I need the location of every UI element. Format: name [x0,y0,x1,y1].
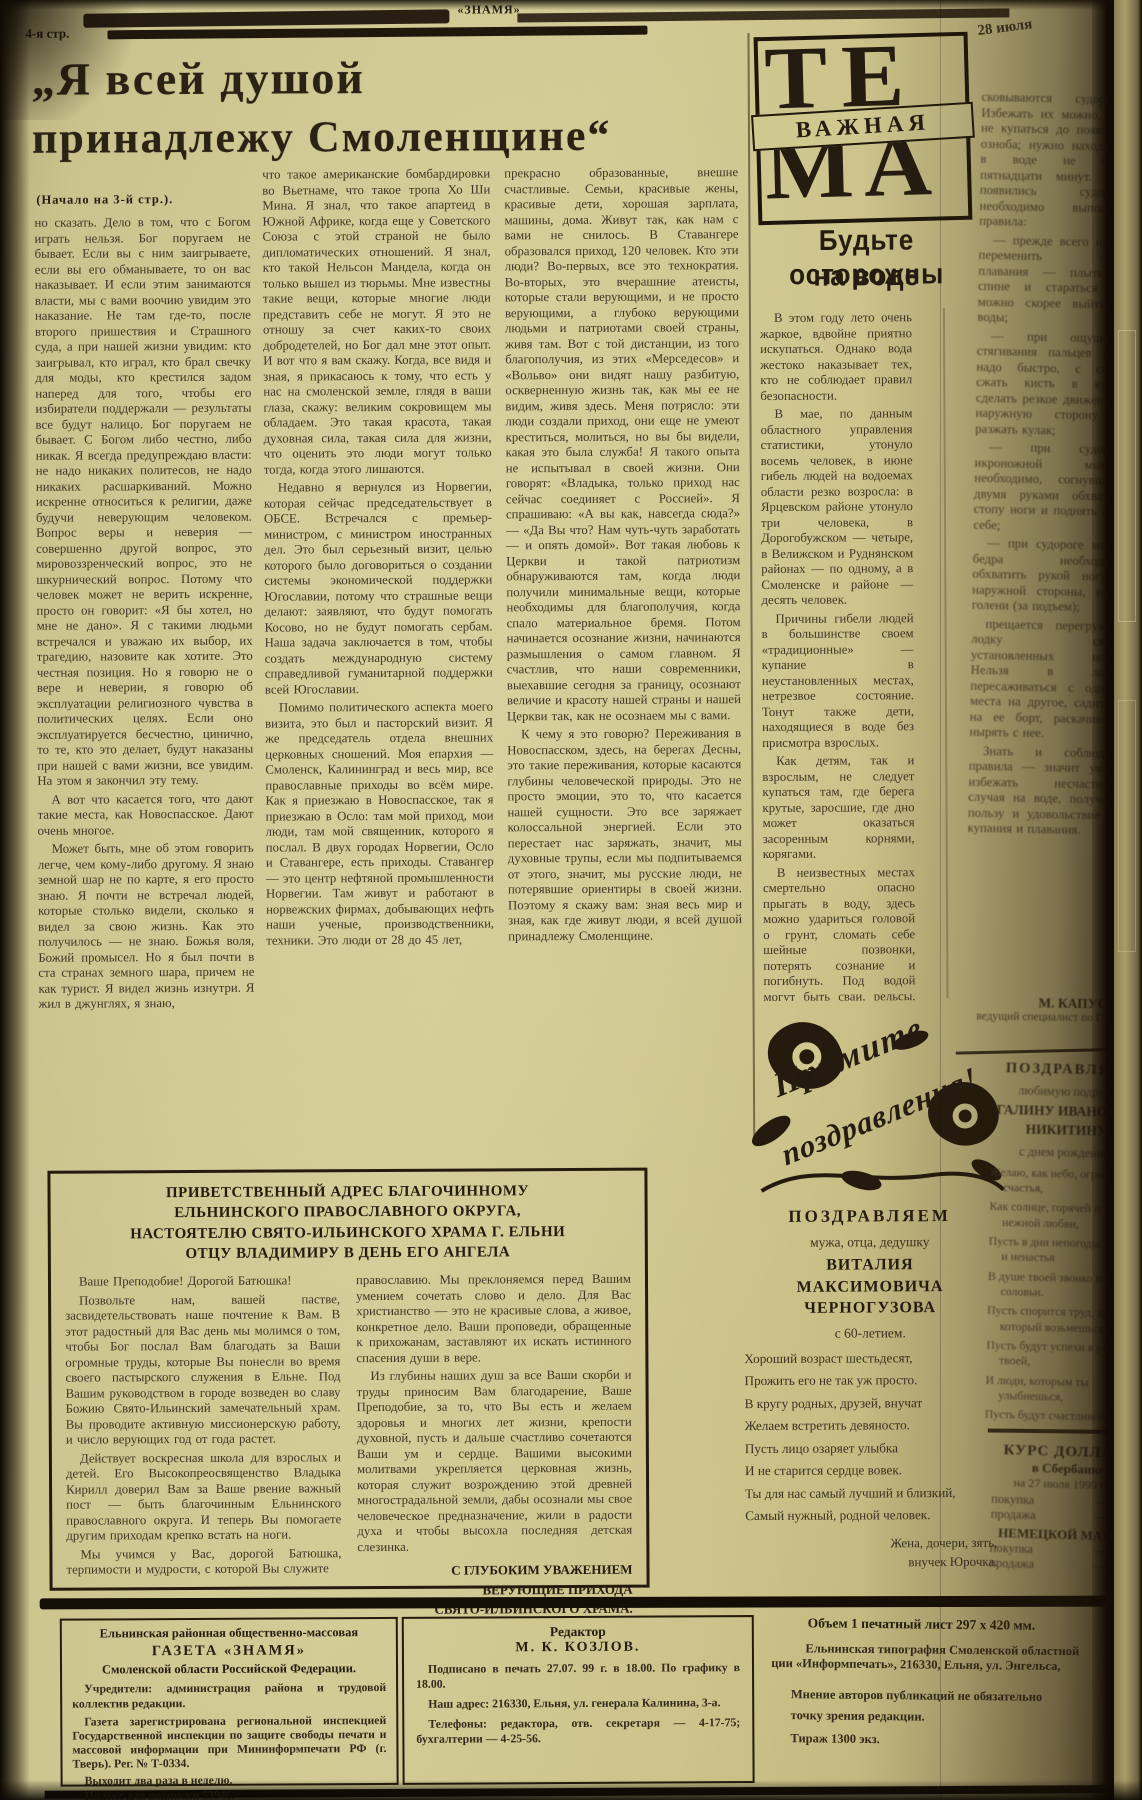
editor-title: Редактор [416,1623,740,1641]
paragraph: В мае, по данным областного управления с… [760,406,913,608]
paragraph: Мы учимся у Вас, дорогой Батюшка, терпим… [66,1546,341,1578]
paragraph: — при ощущении стягивания пальцев руки н… [975,328,1129,439]
rate-label: продажа [990,1507,1035,1523]
paragraph: К чему я это говорю? Переживания в Новос… [507,726,742,944]
paragraph: Может быть, мне об этом говорить легче, … [38,841,255,1013]
poem-line: И не старится сердце вовек. [745,1461,997,1481]
name-line: ГАЛИНУ ИВАНОВНУ [991,1101,1141,1123]
poem-line: Пусть спорится труд, за который возьмешь… [987,1303,1138,1337]
from-line: Жена, дочери, зять, [745,1532,997,1553]
footer-printhouse-line2: ции «Информпечать», 216330, Ельня, ул. Э… [771,1656,1142,1675]
poem-line: Самый нужный, родной человек. [745,1506,997,1526]
column-rule-main [747,33,755,1141]
paragraph: Действует воскресная школа для взрослых … [66,1450,341,1544]
rate-row: продажа— 13-15. [989,1556,1141,1576]
poem-line: Пусть лицо озаряет улыбка [745,1438,997,1458]
poem-line: Хороший возраст шестьдесят, [744,1349,996,1369]
poem-line: В душе твоей звонко поют соловьи. [987,1268,1138,1302]
poem-line: Как солнце, горячей и нежной любви, [989,1199,1140,1233]
closing-line: ВЕРУЮЩИЕ ПРИХОДА [358,1579,633,1600]
congrat1-dedication: мужа, отца, дедушку [744,1234,996,1251]
masthead-name: «ЗНАМЯ» [457,2,520,17]
name-line: НИКИТИНУ [991,1120,1141,1142]
paragraph: сковываются судорогой. Избежать их можно… [979,90,1134,232]
water-fold-column: сковываются судорогой. Избежать их можно… [964,90,1133,995]
congrat1-from: Жена, дочери, зять,внучек Юрочка. [745,1532,997,1572]
poem-line: В кругу родных, друзей, внучат [745,1394,997,1414]
poem-line: И люди, которым ты улыбнешься, [985,1372,1136,1406]
closing-line: С ГЛУБОКИМ УВАЖЕНИЕМ [357,1560,632,1581]
greeting-column-b-text: православию. Мы преклоняемся перед Вашим… [356,1272,632,1555]
exchange-rates-block: КУРС ДОЛЛАРА в Сбербанке на 27 июля 1999… [988,1442,1142,1598]
rate-row: продажа— 24-90. [990,1507,1142,1527]
poem-line: Пусть будут успехи в работе твоей, [986,1338,1137,1372]
paragraph: Ваше Преподобие! Дорогой Батюшка! [65,1273,340,1290]
greeting-closing: С ГЛУБОКИМ УВАЖЕНИЕМВЕРУЮЩИЕ ПРИХОДАСВЯТ… [357,1560,632,1620]
interview-headline-line2: принадлежу Смоленщине“ [32,109,712,164]
footer-volume: Объем 1 печатный лист 297 х 420 мм. [772,1615,1142,1635]
imprint-founders: Учредители: администрация района и трудо… [72,1680,386,1712]
imprint-paper-name: ГАЗЕТА «ЗНАМЯ» [72,1642,386,1661]
name-line: МАКСИМОВИЧА [744,1275,996,1298]
poem-line: Желаю, как небо, огромного счастья, [990,1165,1141,1199]
page-number-label: 4-я стр. [25,26,69,42]
fold-divider-rule-2 [988,1428,1142,1434]
paragraph: — при судороге мышц бедра необходимо обх… [972,536,1125,616]
greeting-column-a: Ваше Преподобие! Дорогой Батюшка!Позволь… [65,1273,342,1621]
water-column: В этом году лето очень жаркое, вдвойне п… [760,310,916,1001]
footer-imprint-box: Ельнинская районная общественно-массовая… [60,1617,399,1787]
paragraph: православию. Мы преклоняемся перед Вашим… [356,1272,631,1366]
interview-column-2: что такое американские бомбардировки во … [262,166,495,1152]
rate-value: — 13-15. [1093,1559,1141,1575]
congrat2-name: ГАЛИНУ ИВАНОВНУНИКИТИНУ [991,1101,1142,1142]
imprint-index: Индекс для подписки 53946. [73,1787,387,1800]
congrat1-name: ВИТАЛИЯМАКСИМОВИЧАЧЕРНОГУЗОВА [744,1254,996,1320]
footer-opinion-line2: точку зрения редакции. [771,1708,1142,1727]
congrat2-title: ПОЗДРАВЛЯЮ [992,1060,1142,1080]
poem-line: Ты для нас самый лучший и близкий, [745,1483,997,1503]
newspaper-page: «ЗНАМЯ» 4-я стр. 28 июля „Я всей душой п… [0,0,1142,1800]
paragraph: прещается перегружать лодку сверх устано… [969,616,1123,743]
footer-editor-box: Редактор М. К. КОЗЛОВ. Подписано в печат… [402,1615,755,1785]
poem-line: Пусть будут счастливейшими из дней. [985,1407,1135,1425]
top-edge-smear-left [83,9,449,27]
paragraph: что такое американские бомбардировки во … [262,166,492,477]
paragraph: — прежде всего нужно переменить стиль пл… [977,232,1131,328]
paragraph: прекрасно образованные, внешне счастливы… [504,165,741,724]
rate-value: — 24-90. [1095,1510,1142,1526]
from-line: внучек Юрочка. [745,1552,997,1573]
imprint-line1: Ельнинская районная общественно-массовая [72,1625,386,1642]
paragraph: Знать и соблюдать правила — значит уметь… [967,743,1121,839]
issue-date-fragment: 28 июля [977,16,1034,40]
congrat2-occasion: с днем рождения. [991,1144,1141,1162]
usd-rate-date: на 27 июля 1999 года [991,1475,1142,1495]
water-headline-line2: на воде [742,258,992,293]
rate-label: покупка [989,1541,1033,1557]
paragraph: но сказать. Дело в том, что с Богом игра… [34,215,253,790]
name-line: ЧЕРНОГУЗОВА [744,1297,996,1320]
rate-label: покупка [991,1492,1035,1508]
greeting-body: Ваше Преподобие! Дорогой Батюшка!Позволь… [65,1272,633,1621]
usd-rate-rows: покупка— 24-00,продажа— 24-90. [990,1492,1142,1526]
interview-headline-line1: „Я всей душой [32,49,692,107]
rate-label: продажа [989,1556,1034,1572]
editor-name: М. К. КОЗЛОВ. [416,1639,740,1657]
poem-line: Желаем встретить девяносто. [745,1416,997,1436]
heading-line: ОТЦУ ВЛАДИМИРУ В ДЕНЬ ЕГО АНГЕЛА [65,1241,631,1264]
footer-right-section: Объем 1 печатный лист 297 х 420 мм. Ельн… [770,1615,1142,1750]
newspaper-scan-photo: «ЗНАМЯ» 4-я стр. 28 июля „Я всей душой п… [0,0,1142,1800]
paragraph: Недавно я вернулся из Норвегии, которая … [264,479,493,697]
congratulations-ornament: Примите поздравления! [740,980,1013,1209]
column-rule-water [943,308,949,998]
paragraph: А вот что касается того, что дают такие … [37,791,253,839]
footer-circulation: Тираж 1300 экз. [770,1731,1142,1750]
greeting-address-box: ПРИВЕТСТВЕННЫЙ АДРЕС БЛАГОЧИННОМУЕЛЬНИНС… [47,1168,649,1591]
page-header-rule [107,26,647,40]
congratulation-block-1: ПОЗДРАВЛЯЕМ мужа, отца, дедушку ВИТАЛИЯМ… [744,1206,998,1573]
greeting-heading: ПРИВЕТСТВЕННЫЙ АДРЕС БЛАГОЧИННОМУЕЛЬНИНС… [64,1181,630,1265]
paragraph: — при судороге икроножной мышцы необходи… [973,440,1127,536]
congrat1-poem: Хороший возраст шестьдесят,Прожить его н… [744,1349,997,1526]
imprint-line3: Смоленской области Российской Федерации. [72,1661,386,1678]
paragraph: Как детям, так и взрослым, не следует ку… [762,753,915,862]
editor-phones: Телефоны: редактора, отв. секретаря — 4-… [416,1715,740,1747]
dm-rate-rows: покупка— 11-70,продажа— 13-15. [989,1541,1142,1575]
congrat2-poem: Желаю, как небо, огромного счастья,Как с… [985,1165,1141,1426]
greeting-column-b: православию. Мы преклоняемся перед Вашим… [356,1272,633,1620]
continuation-note: (Начало на 3-й стр.). [36,192,173,208]
congrat2-dedication: любимую подругу [992,1083,1142,1101]
name-line: ВИТАЛИЯ [744,1254,996,1277]
imprint-registration: Газета зарегистрирована региональной инс… [72,1713,386,1771]
paragraph: Из глубины наших душ за все Ваши скорби … [356,1368,632,1555]
heading-line: НАСТОЯТЕЛЮ СВЯТО-ИЛЬИНСКОГО ХРАМА Г. ЕЛЬ… [65,1221,631,1244]
paragraph: Позвольте нам, вашей пастве, засвидетель… [65,1292,341,1448]
imprint-frequency: Выходит два раза в неделю. [73,1772,387,1789]
editor-deadline: Подписано в печать 27.07. 99 г. в 18.00.… [416,1660,740,1692]
paragraph: Причины гибели людей в большинстве своем… [761,611,914,751]
interview-column-3: прекрасно образованные, внешне счастливы… [504,165,743,1151]
paragraph: Помимо политического аспекта моего визит… [265,699,494,948]
footer-opinion-line1: Мнение авторов публикаций не обязательно [771,1687,1142,1706]
poem-line: Прожить его не так уж просто. [744,1371,996,1391]
poem-line: Пусть в дни непогоды, дождя и ненастья [988,1234,1139,1268]
editor-address: Наш адрес: 216330, Ельня, ул. генерала К… [416,1695,740,1712]
congrat1-occasion: с 60-летием. [744,1325,996,1342]
rate-value: — 24-00, [1095,1495,1142,1511]
rate-value: — 11-70, [1094,1544,1142,1560]
top-edge-smear-right [517,8,1009,22]
congrat1-title: ПОЗДРАВЛЯЕМ [744,1206,996,1227]
tema-logo-box: ТЕ МА ВАЖНАЯ [754,32,973,226]
paragraph: В этом году лето очень жаркое, вдвойне п… [760,310,912,404]
interview-column-1: но сказать. Дело в том, что с Богом игра… [34,215,255,1151]
congratulation-block-2: ПОЗДРАВЛЯЮ любимую подругу ГАЛИНУ ИВАНОВ… [985,1060,1142,1425]
